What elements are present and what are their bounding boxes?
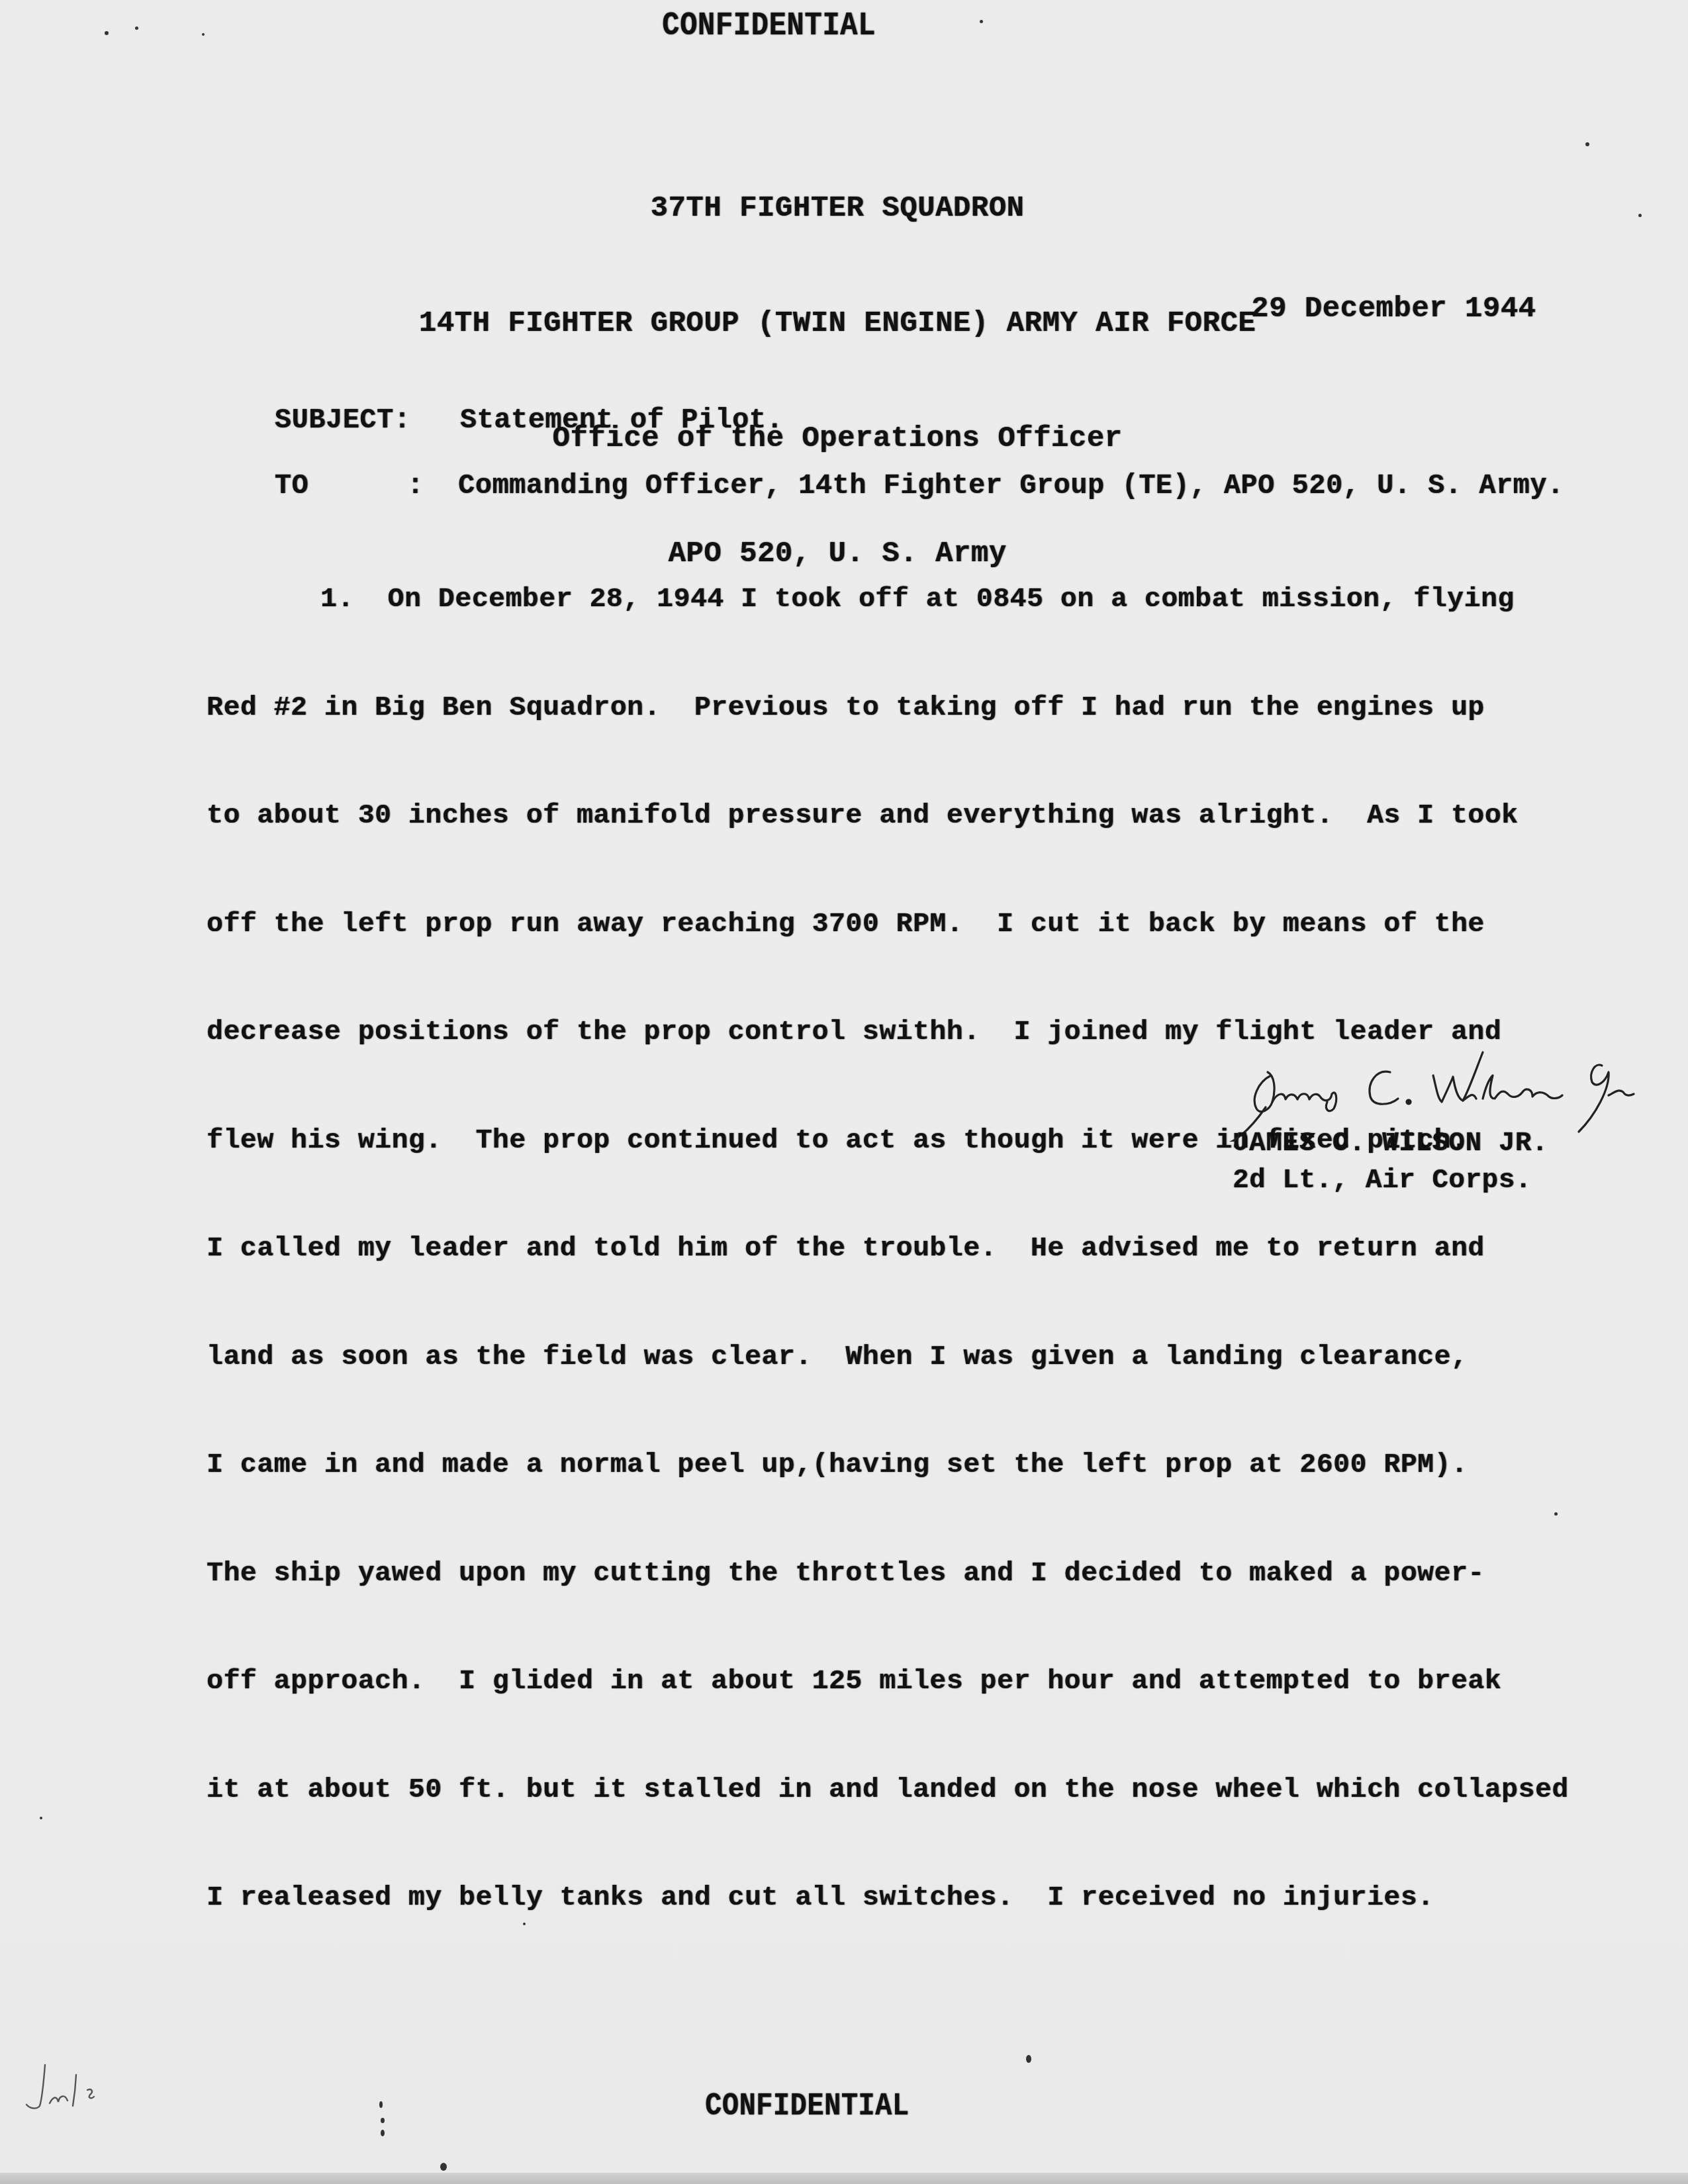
handwritten-signature [1192, 1036, 1655, 1142]
handwritten-inclosure-note [13, 2052, 99, 2118]
body-line: off approach. I glided in at about 125 m… [207, 1664, 1569, 1700]
scan-speck [980, 20, 983, 23]
page-bottom-edge [0, 2173, 1688, 2184]
signatory-rank: 2d Lt., Air Corps. [1233, 1165, 1532, 1196]
body-line: land as soon as the field was clear. Whe… [207, 1340, 1569, 1376]
scan-speck [381, 2130, 385, 2136]
signatory-name: JAMES C. WILSON JR. [1233, 1128, 1548, 1159]
statement-body: 1. On December 28, 1944 I took off at 08… [207, 510, 1569, 1989]
body-line: off the left prop run away reaching 3700… [207, 907, 1569, 943]
scan-speck [381, 2118, 385, 2123]
body-line: Red #2 in Big Ben Squadron. Previous to … [207, 690, 1569, 727]
document-date: 29 December 1944 [1251, 293, 1536, 326]
body-line: to about 30 inches of manifold pressure … [207, 798, 1569, 835]
classification-stamp-bottom: CONFIDENTIAL [705, 2087, 909, 2124]
scan-speck [1554, 1512, 1558, 1516]
to-value: Commanding Officer, 14th Fighter Group (… [458, 470, 1564, 502]
document-page: CONFIDENTIAL 37TH FIGHTER SQUADRON 14TH … [0, 0, 1688, 2184]
to-label: TO [275, 470, 407, 502]
scan-speck [135, 26, 138, 30]
body-line: I called my leader and told him of the t… [207, 1231, 1569, 1267]
scan-speck [1638, 214, 1642, 217]
body-line: it at about 50 ft. but it stalled in and… [207, 1772, 1569, 1809]
classification-stamp-top: CONFIDENTIAL [662, 7, 876, 45]
subject-label: SUBJECT: [275, 404, 460, 436]
scan-speck [523, 1923, 526, 1925]
letterhead-squadron: 37TH FIGHTER SQUADRON [0, 189, 1681, 228]
scan-speck [379, 2101, 383, 2108]
scan-speck [1026, 2055, 1031, 2063]
body-line: I realeased my belly tanks and cut all s… [207, 1880, 1569, 1917]
scan-speck [105, 31, 109, 35]
scan-speck [1585, 142, 1589, 146]
scan-speck [202, 33, 205, 36]
body-line: The ship yawed upon my cutting the throt… [207, 1556, 1569, 1592]
body-line: I came in and made a normal peel up,(hav… [207, 1447, 1569, 1484]
body-line: 1. On December 28, 1944 I took off at 08… [207, 582, 1569, 618]
subject-value: Statement of Pilot. [460, 404, 783, 436]
scan-speck [40, 1817, 42, 1819]
scan-speck [440, 2163, 447, 2171]
to-separator: : [407, 470, 424, 502]
